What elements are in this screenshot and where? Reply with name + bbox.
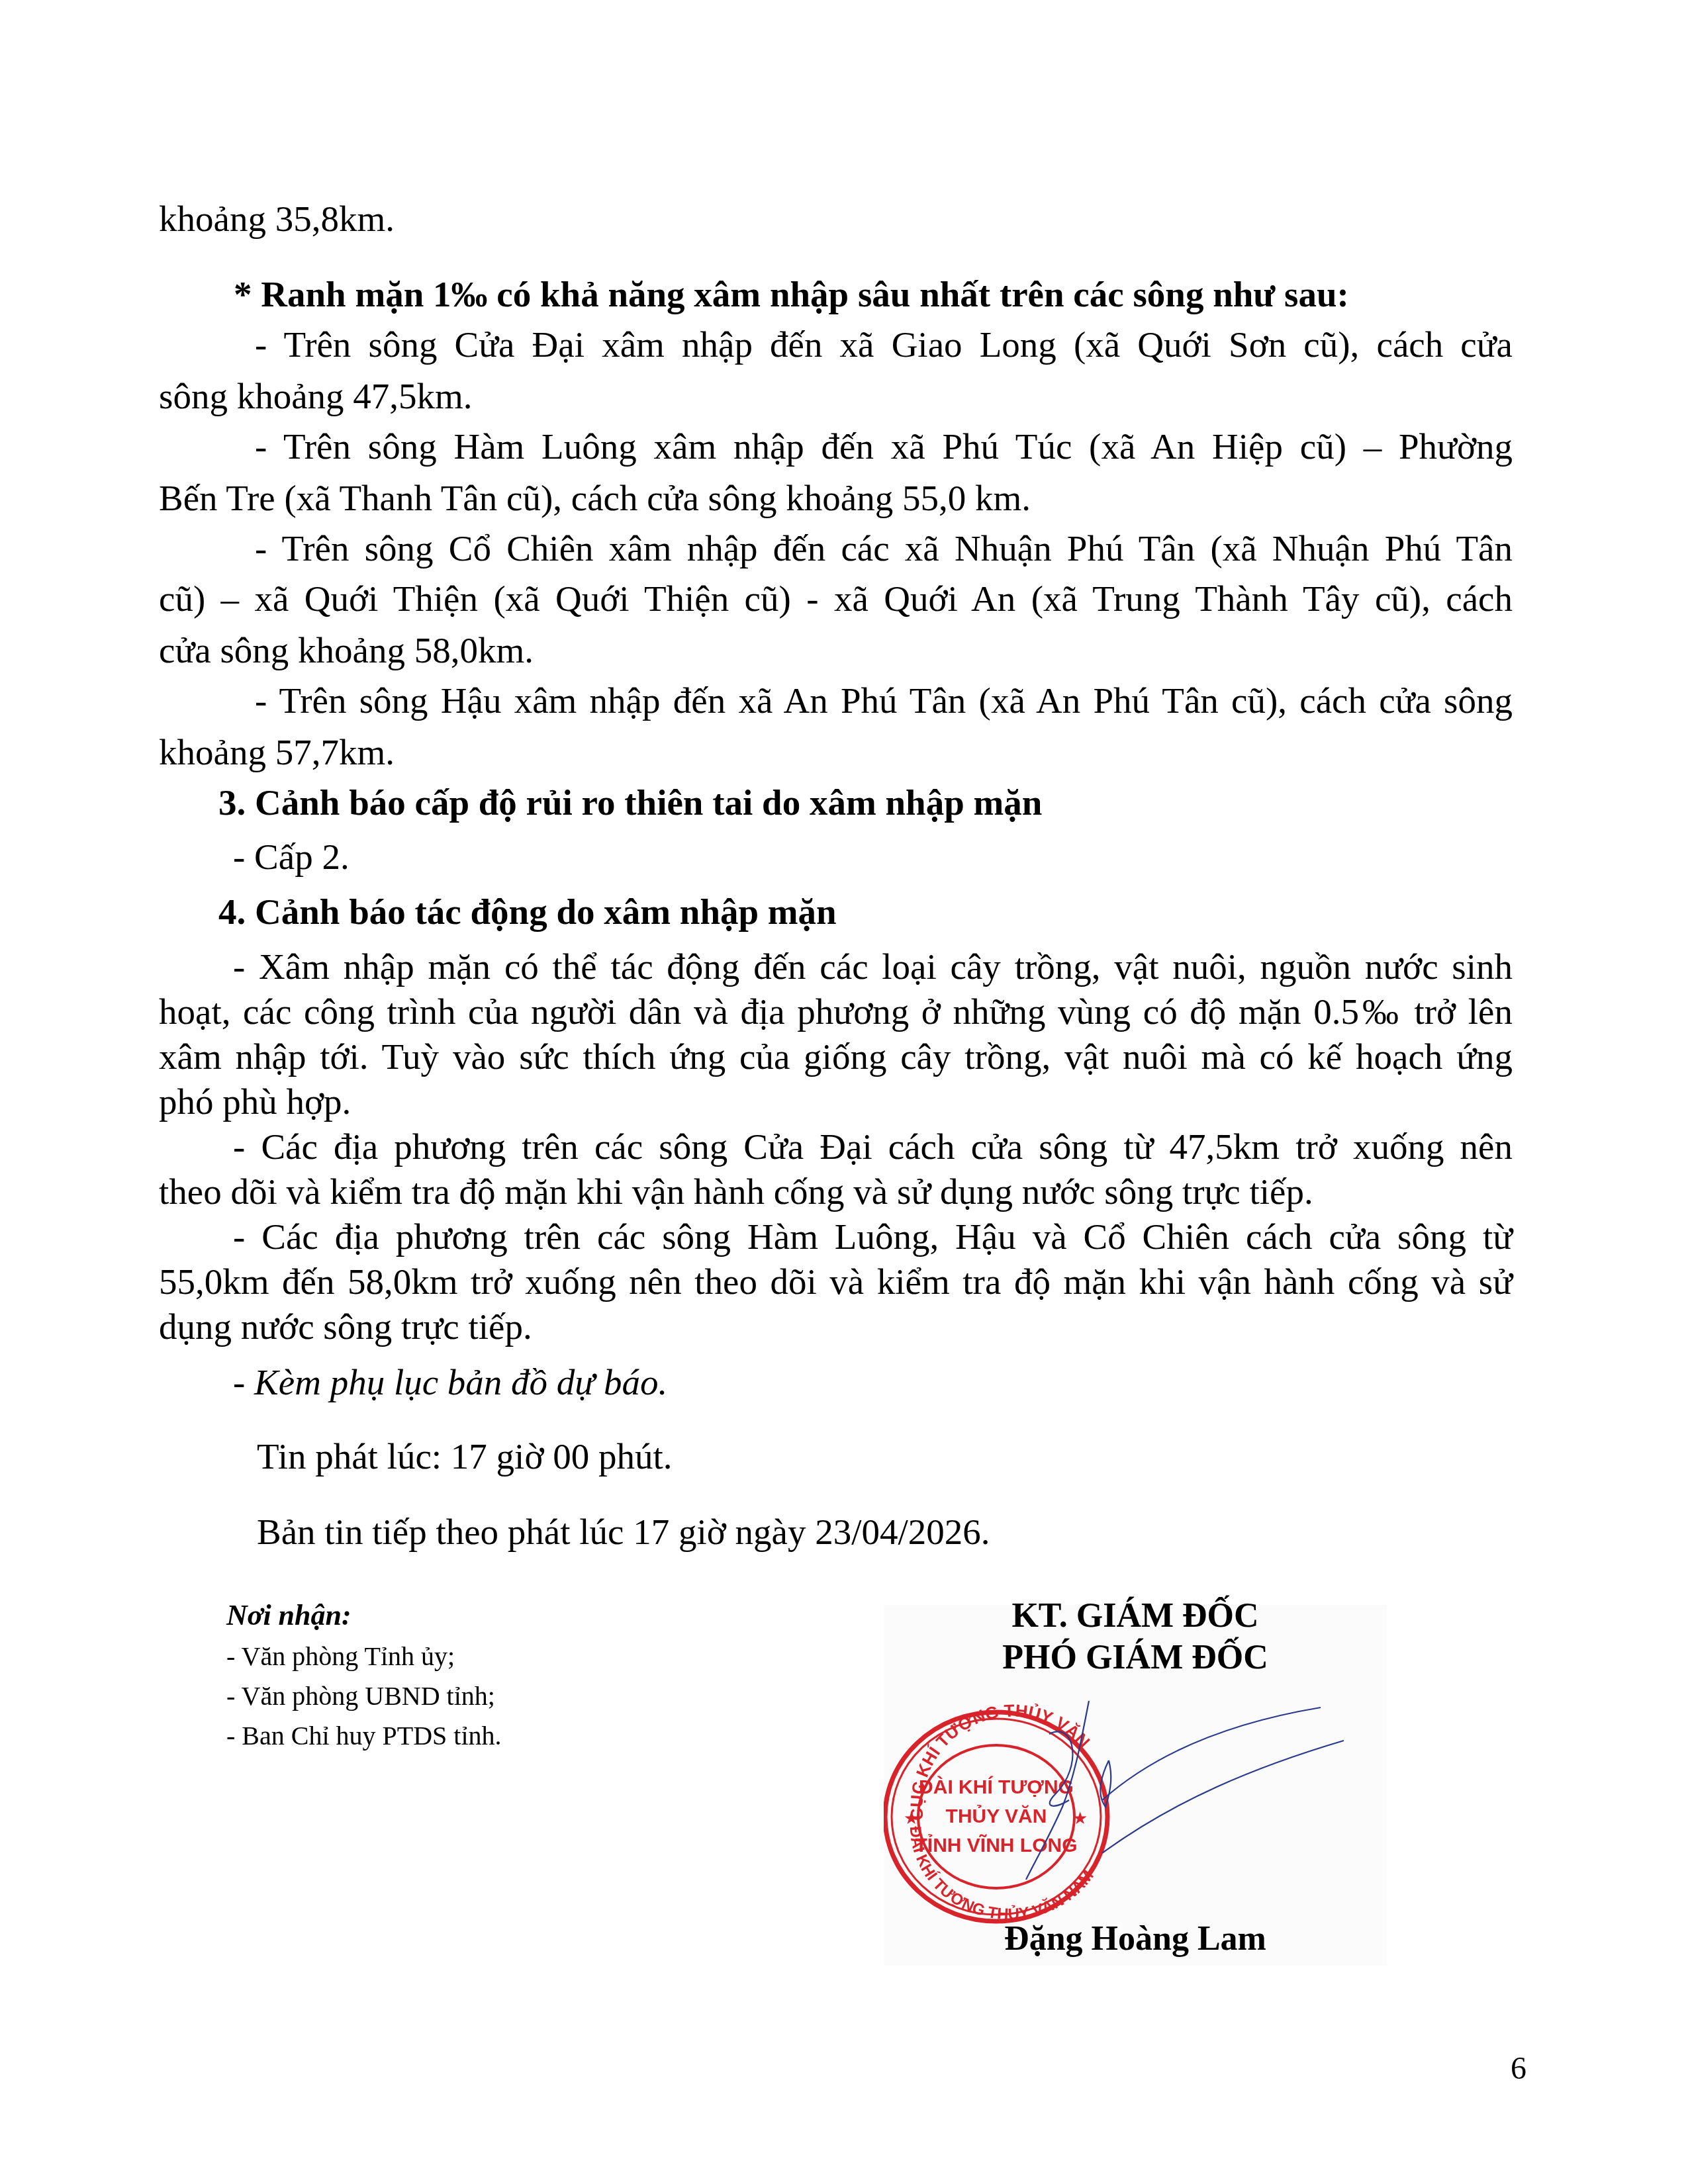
text-line: - Trên sông Hậu xâm nhập đến xã An Phú T…	[255, 679, 1513, 723]
svg-text:TỈNH VĨNH LONG: TỈNH VĨNH LONG	[915, 1834, 1078, 1856]
text-line: - Các địa phương trên các sông Cửa Đại c…	[233, 1125, 1513, 1169]
page-number: 6	[1511, 2050, 1526, 2087]
appendix-note: - Kèm phụ lục bản đồ dự báo.	[233, 1361, 667, 1404]
text-line: - Trên sông Cửa Đại xâm nhập đến xã Giao…	[255, 323, 1513, 367]
text-line: sông khoảng 47,5km.	[159, 375, 473, 418]
text-line: cửa sông khoảng 58,0km.	[159, 629, 534, 672]
text-line: Bến Tre (xã Thanh Tân cũ), cách cửa sông…	[159, 477, 1031, 520]
signer-title-1: KT. GIÁM ĐỐC	[884, 1596, 1387, 1636]
svg-text:★: ★	[1072, 1808, 1088, 1828]
recipient-item: - Ban Chỉ huy PTDS tỉnh.	[226, 1719, 502, 1752]
text-line: - Xâm nhập mặn có thể tác động đến các l…	[233, 945, 1513, 989]
text-line: - Các địa phương trên các sông Hàm Luông…	[233, 1215, 1513, 1259]
recipient-item: - Văn phòng UBND tỉnh;	[226, 1680, 495, 1713]
section-heading-4: 4. Cảnh báo tác động do xâm nhập mặn	[218, 890, 837, 934]
recipients-heading: Nơi nhận:	[226, 1599, 352, 1632]
section-subheading: * Ranh mặn 1‰ có khả năng xâm nhập sâu n…	[234, 273, 1349, 316]
svg-text:THỦY VĂN: THỦY VĂN	[946, 1805, 1047, 1827]
risk-level: - Cấp 2.	[233, 835, 350, 879]
signer-name: Đặng Hoàng Lam	[884, 1919, 1387, 1959]
text-line: phó phù hợp.	[159, 1080, 351, 1124]
official-stamp-icon: CỤC KHÍ TƯỢNG THỦY VĂN ĐÀI KHÍ TƯỢNG THỦ…	[884, 1694, 1387, 1946]
next-bulletin-time: Bản tin tiếp theo phát lúc 17 giờ ngày 2…	[257, 1510, 990, 1554]
text-line: theo dõi và kiểm tra độ mặn khi vận hành…	[159, 1170, 1313, 1214]
text-line: khoảng 57,7km.	[159, 731, 395, 774]
signer-title-2: PHÓ GIÁM ĐỐC	[884, 1638, 1387, 1678]
section-heading-3: 3. Cảnh báo cấp độ rủi ro thiên tai do x…	[218, 781, 1042, 825]
text-line: - Trên sông Hàm Luông xâm nhập đến xã Ph…	[255, 425, 1513, 469]
issued-time: Tin phát lúc: 17 giờ 00 phút.	[257, 1435, 673, 1479]
text-line: xâm nhập tới. Tuỳ vào sức thích ứng của …	[159, 1035, 1513, 1079]
text-line: dụng nước sông trực tiếp.	[159, 1305, 532, 1349]
text-line: cũ) – xã Quới Thiện (xã Quới Thiện cũ) -…	[159, 577, 1513, 621]
svg-text:CỤC KHÍ TƯỢNG THỦY VĂN: CỤC KHÍ TƯỢNG THỦY VĂN	[906, 1700, 1094, 1821]
svg-text:★: ★	[904, 1808, 919, 1828]
text-line: khoảng 35,8km.	[159, 197, 395, 241]
svg-text:ĐÀI KHÍ TƯỢNG: ĐÀI KHÍ TƯỢNG	[919, 1776, 1074, 1798]
text-line: 55,0km đến 58,0km trở xuống nên theo dõi…	[159, 1260, 1513, 1304]
text-line: - Trên sông Cổ Chiên xâm nhập đến các xã…	[255, 527, 1513, 570]
text-line: hoạt, các công trình của người dân và đị…	[159, 990, 1513, 1034]
recipient-item: - Văn phòng Tỉnh ủy;	[226, 1640, 455, 1673]
